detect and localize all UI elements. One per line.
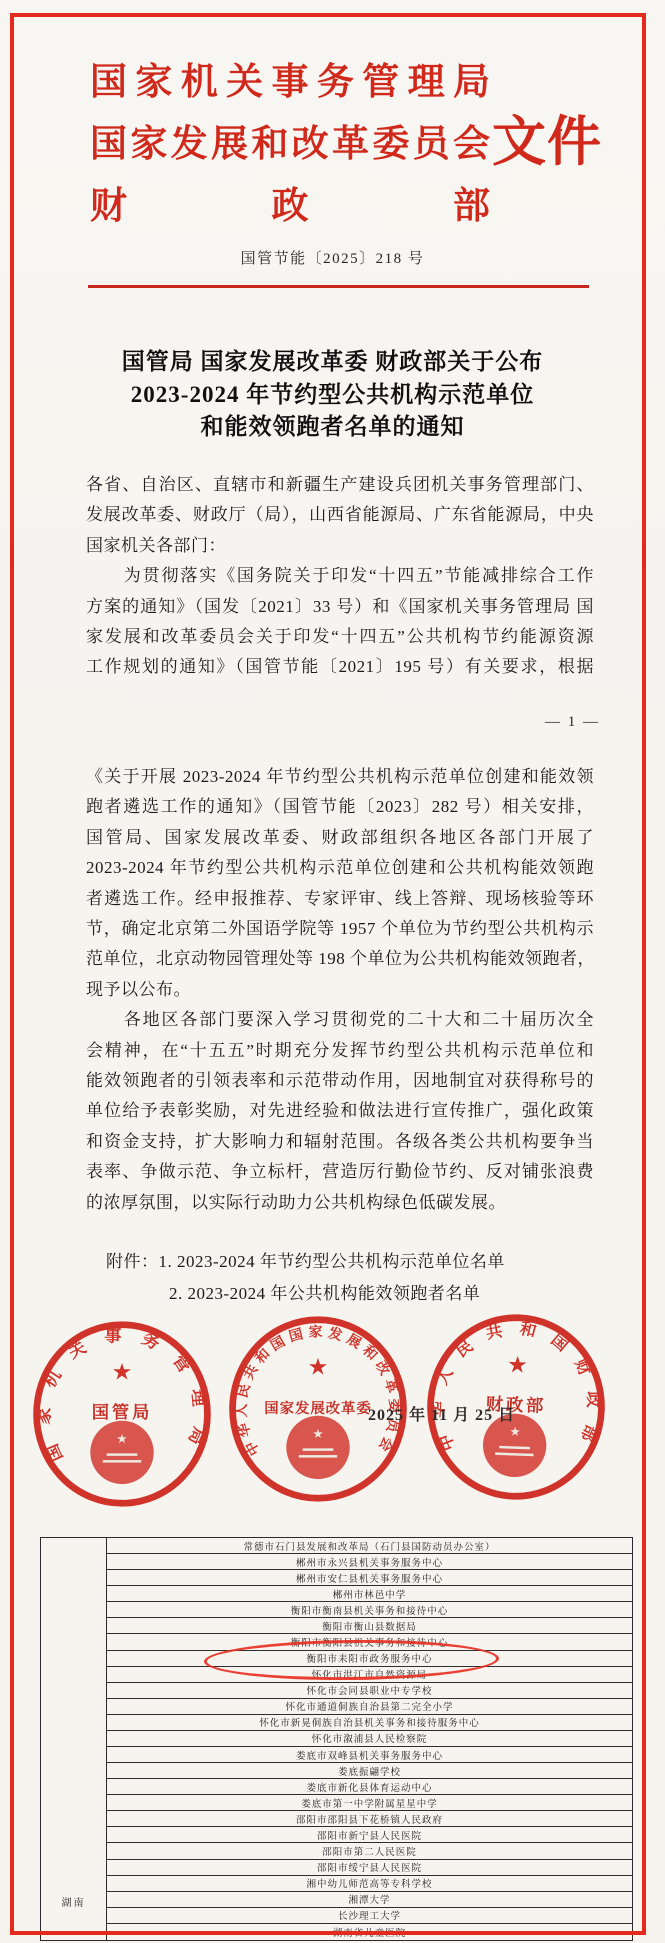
body-text-page2: 《关于开展 2023-2024 年节约型公共机构示范单位创建和能效领跑者遴选工作…	[86, 762, 594, 1218]
body-line: 表率、争做示范、争立标杆，营造厉行勤俭节约、反对铺张浪费	[86, 1157, 594, 1187]
province-label: 湖南	[41, 1894, 106, 1909]
agency-name-line: 财政部	[90, 176, 490, 238]
body-line: 各省、自治区、直辖市和新疆生产建设兵团机关事务管理部门、	[86, 470, 594, 500]
table-row: 邵阳市新宁县人民医院	[107, 1827, 632, 1843]
table-row: 郴州市永兴县机关事务服务中心	[107, 1554, 632, 1570]
star-icon: ★	[308, 1354, 329, 1380]
table-row: 娄底市新化县体育运动中心	[107, 1779, 632, 1795]
body-text-page1: 各省、自治区、直辖市和新疆生产建设兵团机关事务管理部门、发展改革委、财政厅（局）…	[86, 470, 594, 683]
document-type-label: 文件	[492, 112, 604, 172]
seal-inner-name: 国管局	[92, 1402, 152, 1422]
body-line: 节，确定北京第二外国语学院等 1957 个单位为节约型公共机构示	[86, 914, 594, 944]
table-row: 湘潭大学	[107, 1892, 632, 1908]
table-row: 娄底振翩学校	[107, 1763, 632, 1779]
body-line: 单位给予表彰奖励，对先进经验和做法进行宣传推广，强化政策	[86, 1096, 594, 1126]
table-row: 怀化市溆浦县人民检察院	[107, 1731, 632, 1747]
body-line: 者遴选工作。经申报推荐、专家评审、线上答辩、现场核验等环	[86, 884, 594, 914]
title-line: 2023-2024 年节约型公共机构示范单位	[0, 379, 665, 412]
table-row: 衡阳市衡南县机关事务和接待中心	[107, 1602, 632, 1618]
body-line: 发展改革委、财政厅（局），山西省能源局、广东省能源局，中央	[86, 500, 594, 530]
star-icon: ★	[507, 1352, 529, 1379]
body-line: 为贯彻落实《国务院关于印发“十四五”节能减排综合工作	[86, 561, 594, 591]
body-line: 现予以公布。	[86, 975, 594, 1005]
attachment-item-2: 2. 2023-2024 年公共机构能效领跑者名单	[106, 1278, 606, 1310]
body-line: 工作规划的通知》（国管节能〔2021〕195 号）有关要求，根据	[86, 652, 594, 682]
national-emblem-icon: ★	[90, 1421, 153, 1484]
table-row: 郴州市安仁县机关事务服务中心	[107, 1570, 632, 1586]
letterhead-agency-names: 国家机关事务管理局国家发展和改革委员会财政部	[90, 52, 490, 238]
body-line: 会精神，在“十五五”时期充分发挥节约型公共机构示范单位和	[86, 1036, 594, 1066]
seal-inner-name: 国家发展改革委	[264, 1399, 371, 1417]
agency-name-line: 国家发展和改革委员会	[90, 114, 490, 176]
body-line: 范单位，北京动物园管理处等 198 个单位为公共机构能效领跑者，	[86, 944, 594, 974]
table-row: 长沙理工大学	[107, 1908, 632, 1924]
body-line: 能效领跑者的引领表率和示范带动作用，因地制宜对获得称号的	[86, 1066, 594, 1096]
table-row: 湖南省儿童医院	[107, 1924, 632, 1940]
national-emblem-icon: ★	[286, 1416, 349, 1479]
body-line: 和资金支持，扩大影响力和辐射范围。各级各类公共机构要争当	[86, 1127, 594, 1157]
body-line: 各地区各部门要深入学习贯彻党的二十大和二十届历次全	[86, 1005, 594, 1035]
table-row: 怀化市通道侗族自治县第二完全小学	[107, 1699, 632, 1715]
table-row: 邵阳市邵阳县下花桥镇人民政府	[107, 1811, 632, 1827]
red-divider-rule	[88, 285, 589, 288]
unit-list-table: 湖南 常德市石门县发展和改革局（石门县国防动员办公室）郴州市永兴县机关事务服务中…	[40, 1537, 633, 1941]
body-line: 国管局、国家发展改革委、财政部组织各地区各部门开展了	[86, 823, 594, 853]
issue-date: 2025 年 11 月 25 日	[368, 1402, 515, 1425]
svg-text:★: ★	[116, 1432, 127, 1446]
official-seal-ggj: 国家机关事务管理局 ★ 国管局 ★	[26, 1316, 218, 1512]
table-row: 郴州市林邑中学	[107, 1586, 632, 1602]
province-column: 湖南	[41, 1538, 107, 1940]
table-row: 邵阳市绥宁县人民医院	[107, 1860, 632, 1876]
body-line: 《关于开展 2023-2024 年节约型公共机构示范单位创建和能效领	[86, 762, 594, 792]
body-line: 2023-2024 年节约型公共机构示范单位创建和公共机构能效领跑	[86, 853, 594, 883]
title-line: 国管局 国家发展改革委 财政部关于公布	[0, 346, 665, 379]
body-line: 国家机关各部门：	[86, 531, 594, 561]
table-row: 湘中幼儿师范高等专科学校	[107, 1876, 632, 1892]
title-line: 和能效领跑者名单的通知	[0, 411, 665, 444]
page-number: — 1 —	[0, 714, 600, 731]
document-number: 国管节能〔2025〕218 号	[0, 247, 665, 268]
attachment-item-1: 附件：1. 2023-2024 年节约型公共机构示范单位名单	[106, 1246, 606, 1278]
attachments-list: 附件：1. 2023-2024 年节约型公共机构示范单位名单 2. 2023-2…	[106, 1246, 606, 1310]
star-icon: ★	[112, 1359, 133, 1385]
table-row: 娄底市第一中学附属星星中学	[107, 1795, 632, 1811]
table-row: 邵阳市第二人民医院	[107, 1843, 632, 1859]
agency-name-line: 国家机关事务管理局	[90, 52, 490, 114]
body-line: 方案的通知》（国发〔2021〕33 号）和《国家机关事务管理局 国	[86, 592, 594, 622]
unit-rows: 常德市石门县发展和改革局（石门县国防动员办公室）郴州市永兴县机关事务服务中心郴州…	[107, 1538, 632, 1940]
body-line: 家发展和改革委员会关于印发“十四五”公共机构节约能源资源	[86, 622, 594, 652]
agency-name-line: 国家机关事务管理局国家发展和改革委员会财政部	[90, 52, 490, 238]
body-line: 的浓厚氛围，以实际行动助力公共机构绿色低碳发展。	[86, 1188, 594, 1218]
table-row: 怀化市会同县职业中专学校	[107, 1683, 632, 1699]
svg-text:★: ★	[312, 1427, 323, 1441]
document-title: 国管局 国家发展改革委 财政部关于公布2023-2024 年节约型公共机构示范单…	[0, 346, 665, 444]
table-row: 常德市石门县发展和改革局（石门县国防动员办公室）	[107, 1538, 632, 1554]
svg-text:★: ★	[509, 1425, 521, 1439]
table-row: 怀化市新晃侗族自治县机关事务和接待服务中心	[107, 1715, 632, 1731]
table-row: 娄底市双峰县机关事务服务中心	[107, 1747, 632, 1763]
body-line: 跑者遴选工作的通知》（国管节能〔2023〕282 号）相关安排，	[86, 792, 594, 822]
table-row: 衡阳市衡山县数据局	[107, 1618, 632, 1634]
